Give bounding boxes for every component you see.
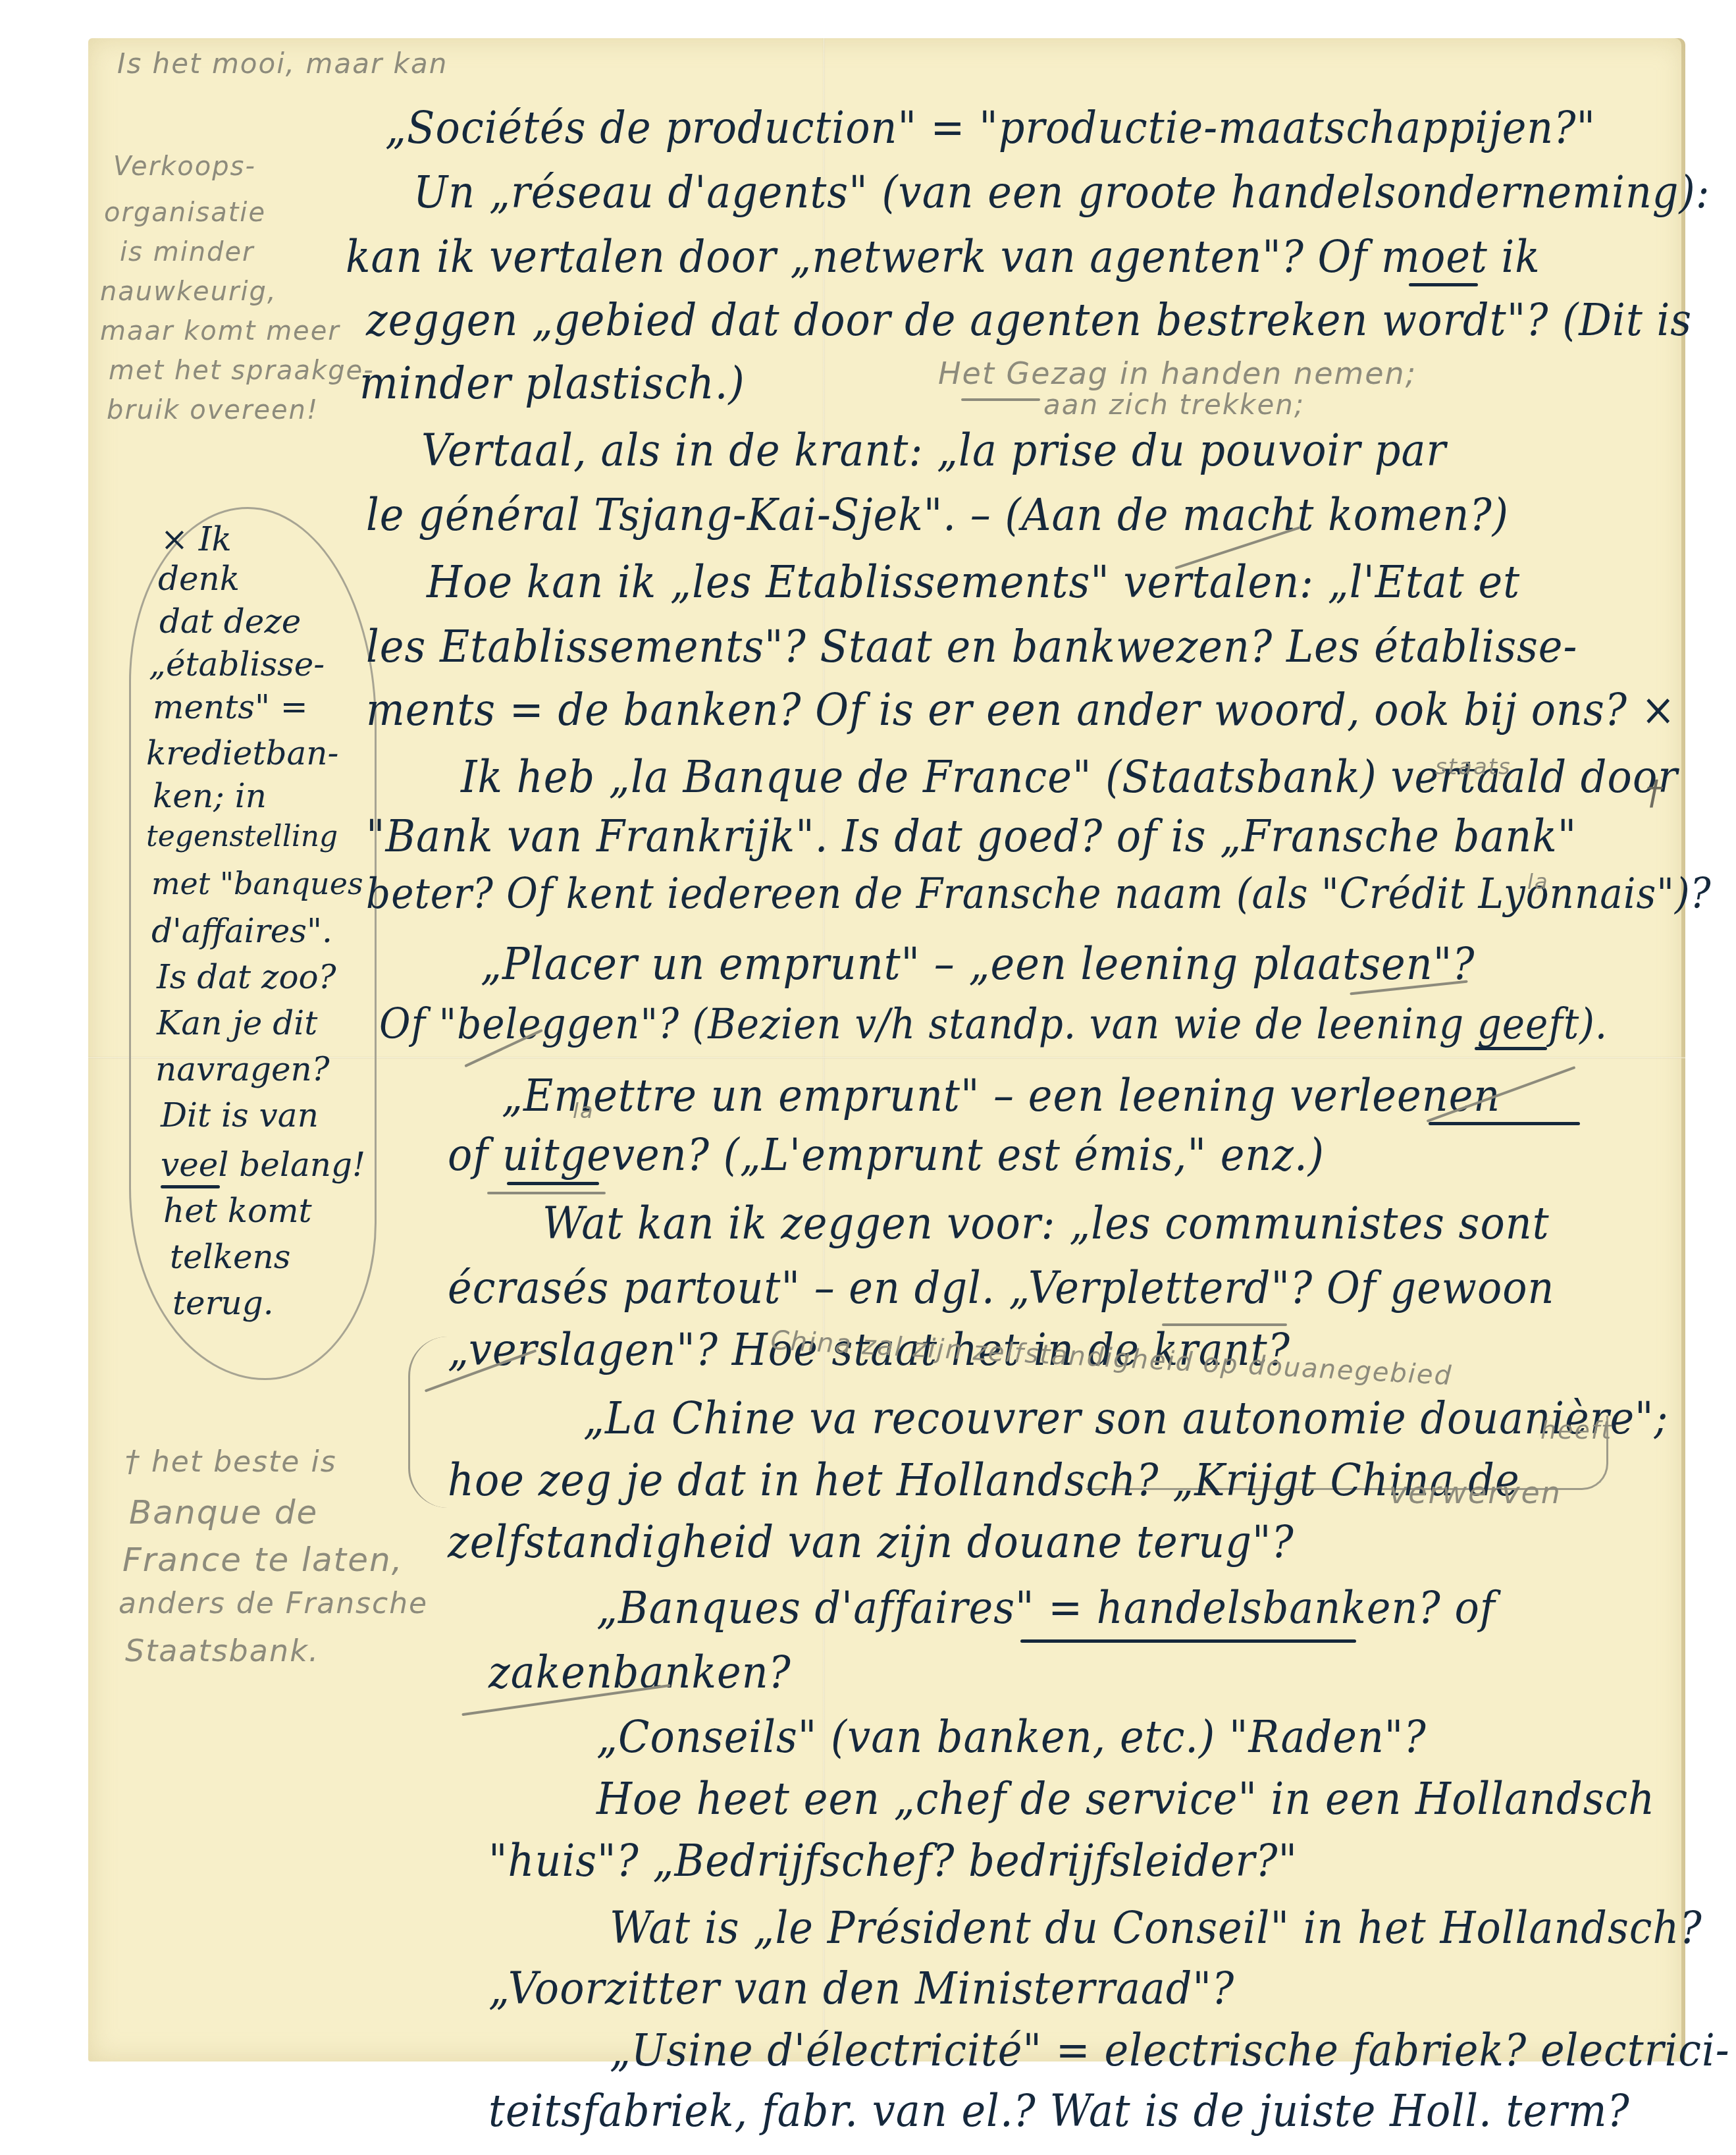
margin-line: dat deze bbox=[159, 602, 301, 641]
margin-line: ments" = bbox=[153, 688, 308, 726]
letter-line: „Conseils" (van banken, etc.) "Raden"? bbox=[596, 1711, 1427, 1763]
pencil-note-gezag: Het Gezag in handen nemen; bbox=[938, 356, 1417, 391]
pencil-line: † het beste is bbox=[125, 1445, 337, 1479]
letter-line: écrasés partout" – en dgl. „Verpletterd"… bbox=[448, 1262, 1555, 1314]
pencil-note-la-uitgeven: la bbox=[573, 1098, 594, 1123]
pencil-note-heeft: heeft bbox=[1540, 1416, 1612, 1445]
margin-line: ken; in bbox=[153, 777, 267, 815]
letter-line: Wat is „le Président du Conseil" in het … bbox=[610, 1902, 1702, 1954]
letter-line: Hoe kan ik „les Etablissements" vertalen… bbox=[427, 556, 1520, 608]
margin-line: met "banques bbox=[151, 866, 363, 901]
pencil-note-aan-zich-trekken: aan zich trekken; bbox=[1043, 388, 1305, 421]
pencil-note-staats: staats bbox=[1435, 754, 1512, 780]
letter-line: „Placer un emprunt" – „een leening plaat… bbox=[481, 938, 1475, 990]
letter-line: Vertaal, als in de krant: „la prise du p… bbox=[421, 424, 1446, 476]
letter-line: of uitgeven? („L'emprunt est émis," enz.… bbox=[448, 1129, 1325, 1181]
pencil-note-verwerven: verwerven bbox=[1389, 1475, 1562, 1510]
margin-line: × Ik bbox=[161, 520, 232, 558]
letter-line: „La Chine va recouvrer son autonomie dou… bbox=[583, 1392, 1669, 1444]
letter-line: ments = de banken? Of is er een ander wo… bbox=[366, 683, 1676, 735]
pencil-line: maar komt meer bbox=[100, 316, 340, 346]
letter-line: Wat kan ik zeggen voor: „les communistes… bbox=[542, 1197, 1550, 1249]
letter-line: Of "beleggen"? (Bezien v/h standp. van w… bbox=[379, 1000, 1608, 1048]
letter-line: „Emettre un emprunt" – een leening verle… bbox=[502, 1069, 1500, 1121]
letter-line: "huis"? „Bedrijfschef? bedrijfsleider?" bbox=[488, 1834, 1298, 1886]
ink-underline-uitgeven bbox=[507, 1182, 599, 1185]
letter-line: kan ik vertalen door „netwerk van agente… bbox=[346, 230, 1540, 282]
margin-line: telkens bbox=[170, 1238, 290, 1276]
letter-line: Un „réseau d'agents" (van een groote han… bbox=[413, 166, 1710, 218]
margin-line: Dit is van bbox=[161, 1096, 319, 1134]
ink-underline-veel bbox=[161, 1185, 220, 1188]
pencil-underline-gezag bbox=[961, 398, 1040, 401]
pencil-line: Verkoops- bbox=[113, 151, 256, 182]
pencil-note-top-left: Is het mooi, maar kan bbox=[117, 47, 448, 80]
margin-line: „établisse- bbox=[149, 645, 325, 683]
margin-line: navragen? bbox=[155, 1050, 330, 1088]
letter-line: "Bank van Frankrijk". Is dat goed? of is… bbox=[366, 810, 1577, 862]
margin-line: kredietban- bbox=[146, 734, 338, 772]
letter-line: le général Tsjang-Kai-Sjek". – (Aan de m… bbox=[366, 489, 1509, 541]
margin-line: Kan je dit bbox=[157, 1004, 317, 1042]
letter-line: teitsfabriek, fabr. van el.? Wat is de j… bbox=[488, 2085, 1630, 2137]
pencil-note-la-plaatsen: la bbox=[1527, 869, 1549, 894]
pencil-line: is minder bbox=[120, 237, 255, 267]
letter-line: „Voorzitter van den Ministerraad"? bbox=[488, 1962, 1234, 2014]
margin-line: denk bbox=[158, 560, 240, 598]
letter-line: minder plastisch.) bbox=[359, 357, 745, 409]
pencil-cross-mark: † bbox=[1646, 774, 1664, 813]
ink-underline-moet bbox=[1409, 283, 1478, 286]
pencil-line: bruik overeen! bbox=[107, 395, 319, 425]
margin-line: veel belang! bbox=[161, 1146, 365, 1184]
pencil-line: nauwkeurig, bbox=[100, 277, 277, 307]
ink-underline-handelsbanken bbox=[1020, 1639, 1356, 1643]
pencil-line: anders de Fransche bbox=[118, 1587, 428, 1620]
letter-line: hoe zeg je dat in het Hollandsch? „Krijg… bbox=[448, 1454, 1520, 1506]
pencil-line: Banque de bbox=[129, 1493, 318, 1531]
letter-line: „Sociétés de production" = "productie-ma… bbox=[385, 101, 1596, 153]
pencil-underline-verpletterd bbox=[1162, 1323, 1287, 1326]
pencil-underline-uitgeven bbox=[487, 1192, 606, 1194]
margin-line: tegenstelling bbox=[146, 820, 338, 853]
pencil-line: organisatie bbox=[104, 198, 266, 228]
margin-line: Is dat zoo? bbox=[157, 958, 336, 996]
ink-underline-verleenen bbox=[1429, 1122, 1580, 1125]
letter-line: beter? Of kent iedereen de Fransche naam… bbox=[366, 870, 1712, 918]
margin-line: het komt bbox=[163, 1192, 312, 1230]
letter-line: zeggen „gebied dat door de agenten bestr… bbox=[366, 294, 1692, 346]
letter-line: „Usine d'électricité" = electrische fabr… bbox=[610, 2024, 1730, 2076]
ink-underline-geeft bbox=[1475, 1047, 1547, 1050]
letter-line: zelfstandigheid van zijn douane terug"? bbox=[448, 1516, 1294, 1568]
pencil-line: Staatsbank. bbox=[125, 1633, 319, 1668]
pencil-line: France te laten, bbox=[122, 1541, 404, 1579]
letter-line: „Banques d'affaires" = handelsbanken? of bbox=[596, 1582, 1496, 1634]
letter-line: les Etablissements"? Staat en bankwezen?… bbox=[366, 620, 1577, 672]
margin-line: d'affaires". bbox=[151, 912, 332, 950]
letter-line: Hoe heet een „chef de service" in een Ho… bbox=[596, 1772, 1655, 1824]
pencil-line: met het spraakge- bbox=[109, 356, 375, 386]
margin-line: terug. bbox=[172, 1284, 274, 1322]
